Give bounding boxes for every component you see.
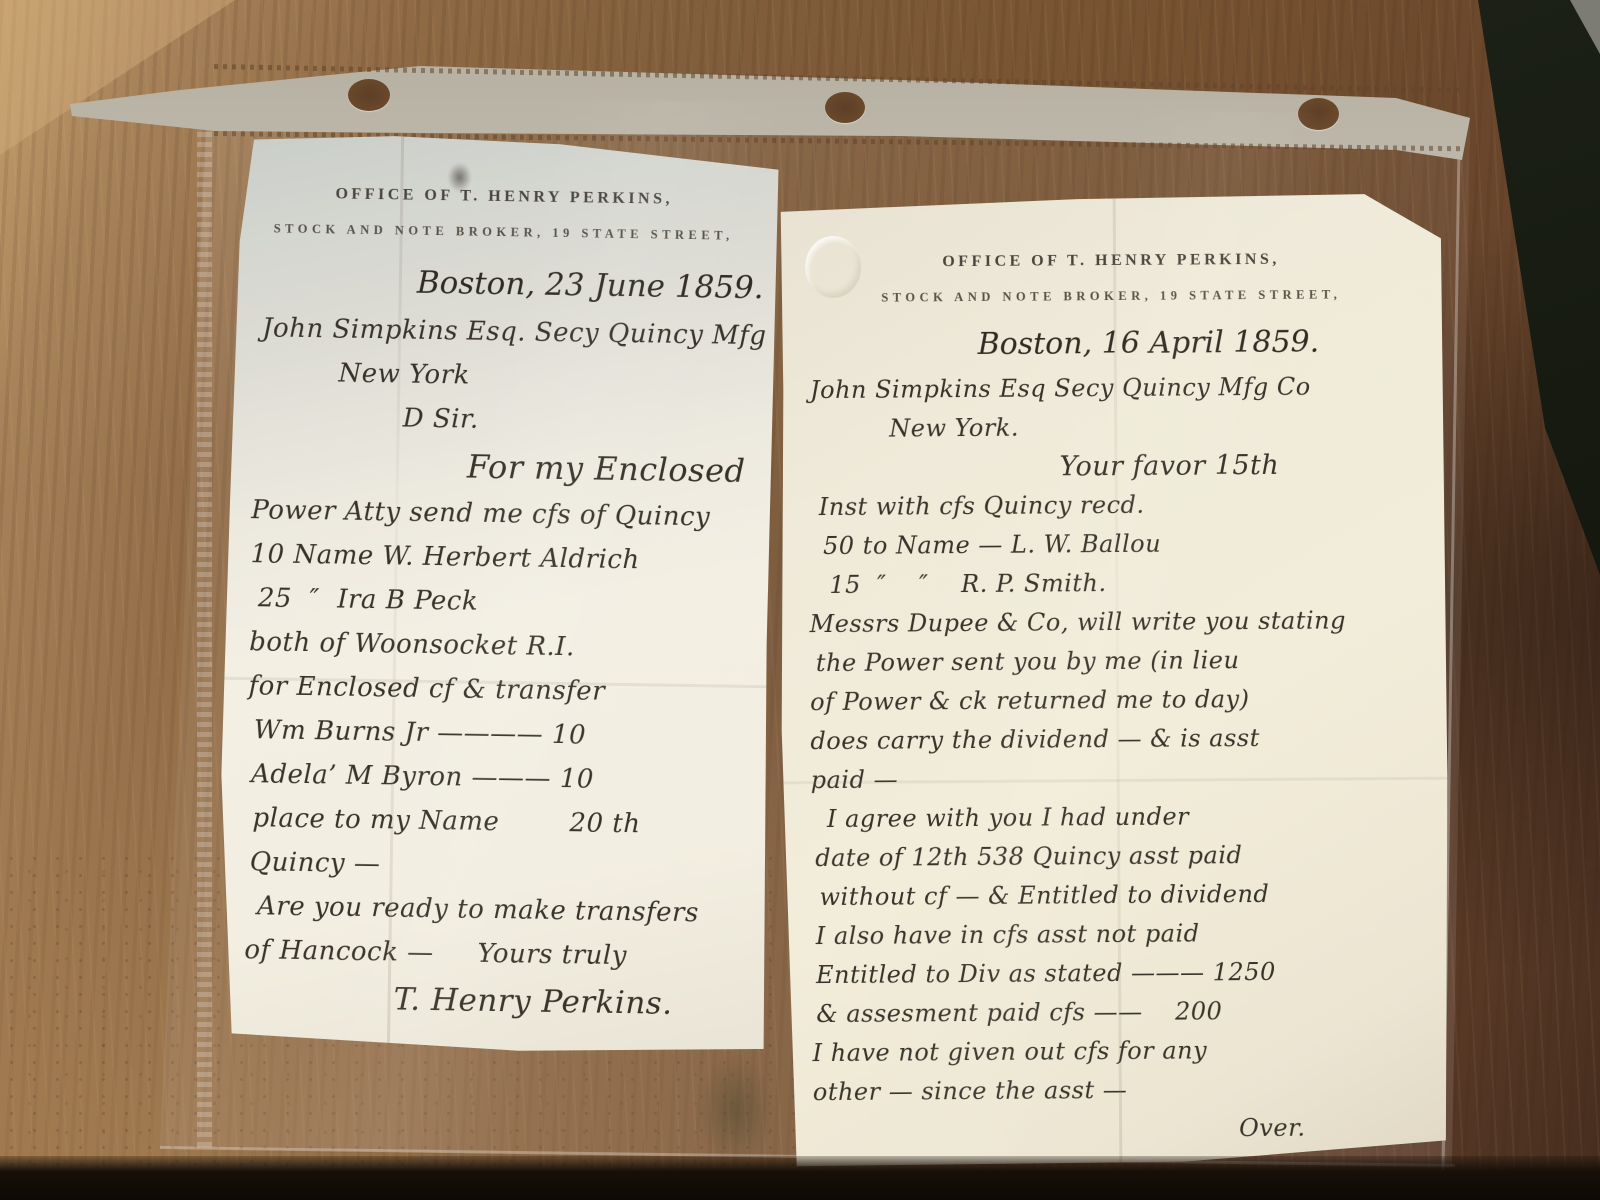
handwriting-line: of Power & ck returned me to day) — [810, 679, 1448, 722]
letter-body: John Simpkins Esq. Secy Quincy Mfg Co Ne… — [215, 306, 778, 1031]
handwriting-line: John Simpkins Esq Secy Quincy Mfg Co — [810, 367, 1446, 410]
handwriting-line: paid — — [811, 757, 1449, 800]
letter-april-1859: OFFICE OF T. HENRY PERKINS, STOCK AND NO… — [777, 192, 1452, 1169]
handwriting-line: New York — [338, 351, 778, 402]
handwriting-line: I have not given out cfs for any — [812, 1030, 1450, 1073]
dateline: Boston, 16 April 1859. — [978, 324, 1446, 362]
sheet-protector-left-edge — [197, 92, 212, 1148]
handwriting-line: For my Enclosed — [467, 442, 777, 497]
letterhead-broker-line: STOCK AND NOTE BROKER, 19 STATE STREET, — [228, 221, 780, 245]
embossed-seal — [805, 236, 861, 298]
handwriting-line: without cf — & Entitled to dividend — [819, 874, 1449, 917]
handwriting-line: D Sir. — [402, 396, 777, 446]
letterhead: OFFICE OF T. HENRY PERKINS, STOCK AND NO… — [777, 250, 1445, 307]
letterhead: OFFICE OF T. HENRY PERKINS, STOCK AND NO… — [228, 184, 781, 245]
handwriting-line: I agree with you I had under — [827, 796, 1449, 839]
handwriting-line: & assesment paid cfs —— 200 — [816, 991, 1450, 1034]
punch-hole — [348, 79, 390, 111]
signature: T. Henry Perkins. — [393, 974, 768, 1030]
table-edge-shadow — [0, 1156, 1600, 1200]
handwriting-line: 50 to Name — L. W. Ballou — [823, 523, 1447, 566]
handwriting-line: I also have in cfs asst not paid — [816, 913, 1450, 956]
letterhead-office-line: OFFICE OF T. HENRY PERKINS, — [228, 184, 780, 211]
handwriting-line: New York. — [889, 406, 1446, 449]
handwriting-line: Over. — [1239, 1108, 1451, 1148]
letter-body: John Simpkins Esq Secy Quincy Mfg Co New… — [778, 367, 1451, 1152]
handwriting-line: Entitled to Div as stated ——— 1250 — [816, 952, 1450, 995]
letterhead-office-line: OFFICE OF T. HENRY PERKINS, — [777, 250, 1445, 273]
photo-of-letters: OFFICE OF T. HENRY PERKINS, STOCK AND NO… — [0, 0, 1600, 1200]
letter-june-1859: OFFICE OF T. HENRY PERKINS, STOCK AND NO… — [215, 132, 781, 1059]
letterhead-broker-line: STOCK AND NOTE BROKER, 19 STATE STREET, — [777, 287, 1445, 307]
punch-hole — [1298, 98, 1339, 130]
handwriting-line: Messrs Dupee & Co, will write you statin… — [809, 601, 1447, 644]
ink-smudge — [446, 161, 472, 193]
stain — [698, 1056, 772, 1164]
handwriting-line: other — since the asst — — [813, 1069, 1451, 1112]
handwriting-line: Inst with cfs Quincy recd. — [819, 484, 1447, 527]
handwriting-line: 15 ″ ″ R. P. Smith. — [829, 562, 1447, 605]
handwriting-line: date of 12th 538 Quincy asst paid — [815, 835, 1449, 878]
handwriting-line: of Hancock — Yours truly — [244, 928, 769, 980]
dateline: Boston, 23 June 1859. — [417, 265, 780, 307]
handwriting-line: Your favor 15th — [1059, 445, 1446, 487]
punch-hole — [825, 92, 865, 123]
handwriting-line: the Power sent you by me (in lieu — [816, 640, 1448, 683]
handwriting-line: does carry the dividend — & is asst — [810, 718, 1448, 761]
